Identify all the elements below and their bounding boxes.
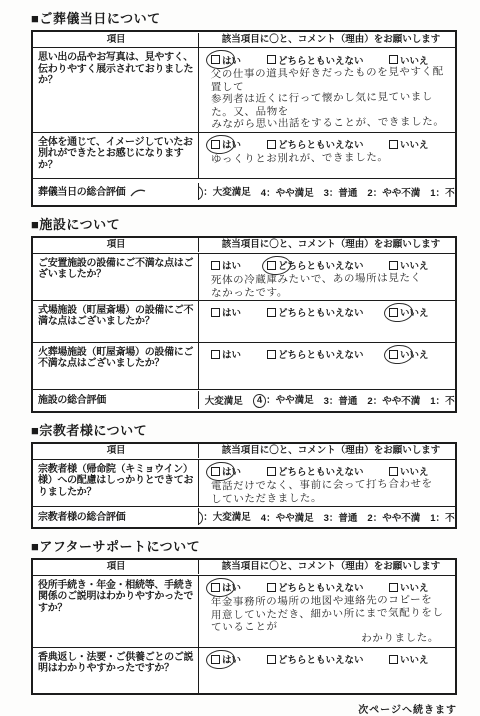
checkbox-icon xyxy=(211,655,220,664)
answer-cell: はい どちらともいえない いいえ xyxy=(199,648,455,693)
table-header-row: 項目 該当項目に〇と、コメント（理由）をお願いします xyxy=(33,560,455,575)
rating-row: 葬儀当日の総合評価 5：大変満足 4：やや満足 3：普通 2：やや不満 1：不満 xyxy=(33,178,455,205)
option-neutral[interactable]: どちらともいえない xyxy=(267,53,389,66)
question-label: 思い出の品やお写真は、見やすく、伝わりやすく展示されておりましたか？ xyxy=(33,48,199,132)
option-no-label: いいえ xyxy=(400,347,429,361)
answer-cell: はい どちらともいえない いいえ 年金事務所の場所の地図や連絡先のコピーを 用意… xyxy=(199,576,455,647)
question-label: 式場施設（町屋斎場）の設備にご不満な点はございましたか？ xyxy=(33,301,199,342)
handwritten-comment: 父の仕事の道具や好きだったものを見やすく配置して 参列者は近くに行って懐かし気に… xyxy=(211,66,452,131)
rating-label: 葬儀当日の総合評価 xyxy=(33,183,199,201)
checkbox-icon xyxy=(389,350,398,359)
option-neutral[interactable]: どちらともいえない xyxy=(267,581,389,594)
option-no[interactable]: いいえ xyxy=(389,138,429,151)
option-neutral-label: どちらともいえない xyxy=(278,464,364,478)
question-label: 全体を通じて、イメージしていたお別れができたとお感じになりますか？ xyxy=(33,133,199,178)
option-yes[interactable]: はい xyxy=(211,53,267,66)
option-no[interactable]: いいえ xyxy=(389,653,429,666)
column-header-item: 項目 xyxy=(33,238,199,252)
answer-cell: はい どちらともいえない いいえ xyxy=(199,301,455,342)
option-neutral[interactable]: どちらともいえない xyxy=(267,138,389,151)
option-no[interactable]: いいえ xyxy=(389,581,429,594)
option-no[interactable]: いいえ xyxy=(389,259,429,272)
option-neutral-label: どちらともいえない xyxy=(278,580,364,594)
continue-next-page-note: 次ページへ続きます xyxy=(31,701,457,716)
option-neutral-label: どちらともいえない xyxy=(278,53,364,67)
table-header-row: 項目 該当項目に〇と、コメント（理由）をお願いします xyxy=(33,444,455,459)
option-yes[interactable]: はい xyxy=(211,581,267,594)
checkbox-icon xyxy=(389,308,398,317)
rating-row: 宗教者様の総合評価 5：大変満足 4：やや満足 3：普通 2：やや不満 1：不満 xyxy=(33,506,455,527)
option-yes-label: はい xyxy=(222,580,241,594)
officiant-table: 項目 該当項目に〇と、コメント（理由）をお願いします 宗教者様（帰命院（キミョウ… xyxy=(31,442,457,529)
checkbox-icon xyxy=(389,140,398,149)
checkbox-options: はい どちらともいえない いいえ xyxy=(211,581,451,594)
option-neutral[interactable]: どちらともいえない xyxy=(267,465,389,478)
question-label: 役所手続き・年金・相続等、手続き関係のご説明はわかりやすかったですか？ xyxy=(33,576,199,647)
question-row: 宗教者様（帰命院（キミョウイン）様）への配慮はしっかりとできておりましたか？ は… xyxy=(33,459,455,506)
option-neutral-label: どちらともいえない xyxy=(278,652,364,666)
rating-scale: 5：大変満足 4：やや満足 3：普通 2：やや不満 1：不満 xyxy=(199,507,455,527)
section-title-after-support: ■アフターサポートについて xyxy=(31,536,457,555)
column-header-item: 項目 xyxy=(33,33,199,47)
option-yes-label: はい xyxy=(222,137,241,151)
checkbox-options: はい どちらともいえない いいえ xyxy=(211,653,451,666)
option-no[interactable]: いいえ xyxy=(389,53,429,66)
option-yes-label: はい xyxy=(222,305,241,319)
rating-4[interactable]: 4 xyxy=(252,394,266,409)
checkbox-icon xyxy=(211,261,220,270)
option-neutral[interactable]: どちらともいえない xyxy=(267,306,389,319)
facility-table: 項目 該当項目に〇と、コメント（理由）をお願いします ご安置施設の設備にご不満な… xyxy=(31,236,457,413)
option-no-label: いいえ xyxy=(400,305,429,319)
question-row: 全体を通じて、イメージしていたお別れができたとお感じになりますか？ はい どちら… xyxy=(33,132,455,178)
checkbox-options: はい どちらともいえない いいえ xyxy=(211,138,451,151)
column-header-answer: 該当項目に〇と、コメント（理由）をお願いします xyxy=(199,560,455,574)
section-title-officiant: ■宗教者様について xyxy=(31,420,457,439)
checkbox-icon xyxy=(211,583,220,592)
checkbox-icon xyxy=(267,655,276,664)
checkbox-icon xyxy=(267,140,276,149)
table-header-row: 項目 該当項目に〇と、コメント（理由）をお願いします xyxy=(33,238,455,253)
section-title-facility: ■施設について xyxy=(31,214,457,233)
answer-cell: はい どちらともいえない いいえ 死体の冷蔵庫みたいで、あの場所は見たく なかっ… xyxy=(199,254,455,300)
rating-scale: 5：大変満足 4：やや満足 3：普通 2：やや不満 1：不満 xyxy=(199,182,455,202)
answer-cell: はい どちらともいえない いいえ xyxy=(199,343,455,389)
checkbox-icon xyxy=(267,467,276,476)
checkbox-options: はい どちらともいえない いいえ xyxy=(211,306,451,319)
question-label: ご安置施設の設備にご不満な点はございましたか？ xyxy=(33,254,199,300)
option-yes-label: はい xyxy=(222,464,241,478)
column-header-answer: 該当項目に〇と、コメント（理由）をお願いします xyxy=(199,238,455,252)
survey-page: ■ご葬儀当日について 項目 該当項目に〇と、コメント（理由）をお願いします 思い… xyxy=(0,0,457,716)
checkbox-icon xyxy=(211,308,220,317)
question-label: 宗教者様（帰命院（キミョウイン）様）への配慮はしっかりとできておりましたか？ xyxy=(33,460,199,506)
option-yes-label: はい xyxy=(222,652,241,666)
option-yes[interactable]: はい xyxy=(211,653,267,666)
rating-label: 施設の総合評価 xyxy=(33,391,199,409)
question-row: ご安置施設の設備にご不満な点はございましたか？ はい どちらともいえない いいえ… xyxy=(33,253,455,300)
checkbox-icon xyxy=(211,350,220,359)
option-neutral-label: どちらともいえない xyxy=(278,137,364,151)
checkbox-icon xyxy=(267,55,276,64)
option-neutral-label: どちらともいえない xyxy=(278,347,364,361)
question-row: 役所手続き・年金・相続等、手続き関係のご説明はわかりやすかったですか？ はい ど… xyxy=(33,575,455,647)
question-row: 式場施設（町屋斎場）の設備にご不満な点はございましたか？ はい どちらともいえな… xyxy=(33,300,455,342)
question-label: 火葬場施設（町屋斎場）の設備にご不満な点はございましたか？ xyxy=(33,343,199,389)
handwritten-comment: 電話だけでなく、事前に会って打ち合わせを していただきました。 xyxy=(211,477,451,505)
option-neutral[interactable]: どちらともいえない xyxy=(267,348,389,361)
section-title-funeral-day: ■ご葬儀当日について xyxy=(31,8,457,27)
option-no[interactable]: いいえ xyxy=(389,306,429,319)
option-yes[interactable]: はい xyxy=(211,259,267,272)
checkbox-icon xyxy=(389,261,398,270)
answer-cell: はい どちらともいえない いいえ 電話だけでなく、事前に会って打ち合わせを して… xyxy=(199,460,455,506)
option-yes[interactable]: はい xyxy=(211,348,267,361)
option-yes-label: はい xyxy=(222,347,241,361)
column-header-answer: 該当項目に〇と、コメント（理由）をお願いします xyxy=(199,33,455,47)
question-row: 思い出の品やお写真は、見やすく、伝わりやすく展示されておりましたか？ はい どち… xyxy=(33,47,455,132)
checkbox-icon xyxy=(267,350,276,359)
option-neutral[interactable]: どちらともいえない xyxy=(267,259,389,272)
checkbox-icon xyxy=(389,655,398,664)
column-header-answer: 該当項目に〇と、コメント（理由）をお願いします xyxy=(199,444,455,458)
handwritten-comment: 年金事務所の場所の地図や連絡先のコピーを 用意していただき、細かい所にまで気配り… xyxy=(211,593,452,646)
option-neutral[interactable]: どちらともいえない xyxy=(267,653,389,666)
option-no-label: いいえ xyxy=(400,137,429,151)
checkbox-icon xyxy=(389,467,398,476)
rating-label: 宗教者様の総合評価 xyxy=(33,508,199,526)
rating-scale: 5：大変満足 4：やや満足 3：普通 2：やや不満 1：不満 xyxy=(199,390,455,410)
question-row: 香典返し・法要・ご供養ごとのご説明はわかりやすかったですか？ はい どちらともい… xyxy=(33,647,455,693)
option-yes-label: はい xyxy=(222,53,241,67)
rating-row: 施設の総合評価 5：大変満足 4：やや満足 3：普通 2：やや不満 1：不満 xyxy=(33,389,455,411)
option-no[interactable]: いいえ xyxy=(389,465,429,478)
handwritten-comment: 死体の冷蔵庫みたいで、あの場所は見たく なかったです。 xyxy=(211,271,451,299)
pen-mark xyxy=(130,188,146,197)
checkbox-options: はい どちらともいえない いいえ xyxy=(211,259,451,272)
table-header-row: 項目 該当項目に〇と、コメント（理由）をお願いします xyxy=(33,32,455,47)
checkbox-icon xyxy=(267,308,276,317)
answer-cell: はい どちらともいえない いいえ 父の仕事の道具や好きだったものを見やすく配置し… xyxy=(199,48,455,132)
option-yes[interactable]: はい xyxy=(211,465,267,478)
option-no-label: いいえ xyxy=(400,652,429,666)
option-no-label: いいえ xyxy=(400,53,429,67)
checkbox-icon xyxy=(211,55,220,64)
answer-cell: はい どちらともいえない いいえ ゆっくりとお別れが、できました。 xyxy=(199,133,455,178)
option-no-label: いいえ xyxy=(400,258,429,272)
checkbox-icon xyxy=(211,140,220,149)
checkbox-options: はい どちらともいえない いいえ xyxy=(211,53,451,66)
option-yes[interactable]: はい xyxy=(211,138,267,151)
checkbox-icon xyxy=(267,583,276,592)
option-no-label: いいえ xyxy=(400,580,429,594)
column-header-item: 項目 xyxy=(33,560,199,574)
option-no[interactable]: いいえ xyxy=(389,348,429,361)
funeral-day-table: 項目 該当項目に〇と、コメント（理由）をお願いします 思い出の品やお写真は、見や… xyxy=(31,30,457,207)
checkbox-options: はい どちらともいえない いいえ xyxy=(211,348,451,361)
checkbox-options: はい どちらともいえない いいえ xyxy=(211,465,451,478)
option-neutral-label: どちらともいえない xyxy=(278,258,364,272)
option-yes-label: はい xyxy=(222,258,241,272)
checkbox-icon xyxy=(267,261,276,270)
checkbox-icon xyxy=(211,467,220,476)
option-no-label: いいえ xyxy=(400,464,429,478)
option-neutral-label: どちらともいえない xyxy=(278,305,364,319)
question-row: 火葬場施設（町屋斎場）の設備にご不満な点はございましたか？ はい どちらともいえ… xyxy=(33,342,455,389)
checkbox-icon xyxy=(389,583,398,592)
handwritten-comment: ゆっくりとお別れが、できました。 xyxy=(211,150,451,165)
question-label: 香典返し・法要・ご供養ごとのご説明はわかりやすかったですか？ xyxy=(33,648,199,693)
column-header-item: 項目 xyxy=(33,444,199,458)
after-support-table: 項目 該当項目に〇と、コメント（理由）をお願いします 役所手続き・年金・相続等、… xyxy=(31,558,457,695)
option-yes[interactable]: はい xyxy=(211,306,267,319)
checkbox-icon xyxy=(389,55,398,64)
